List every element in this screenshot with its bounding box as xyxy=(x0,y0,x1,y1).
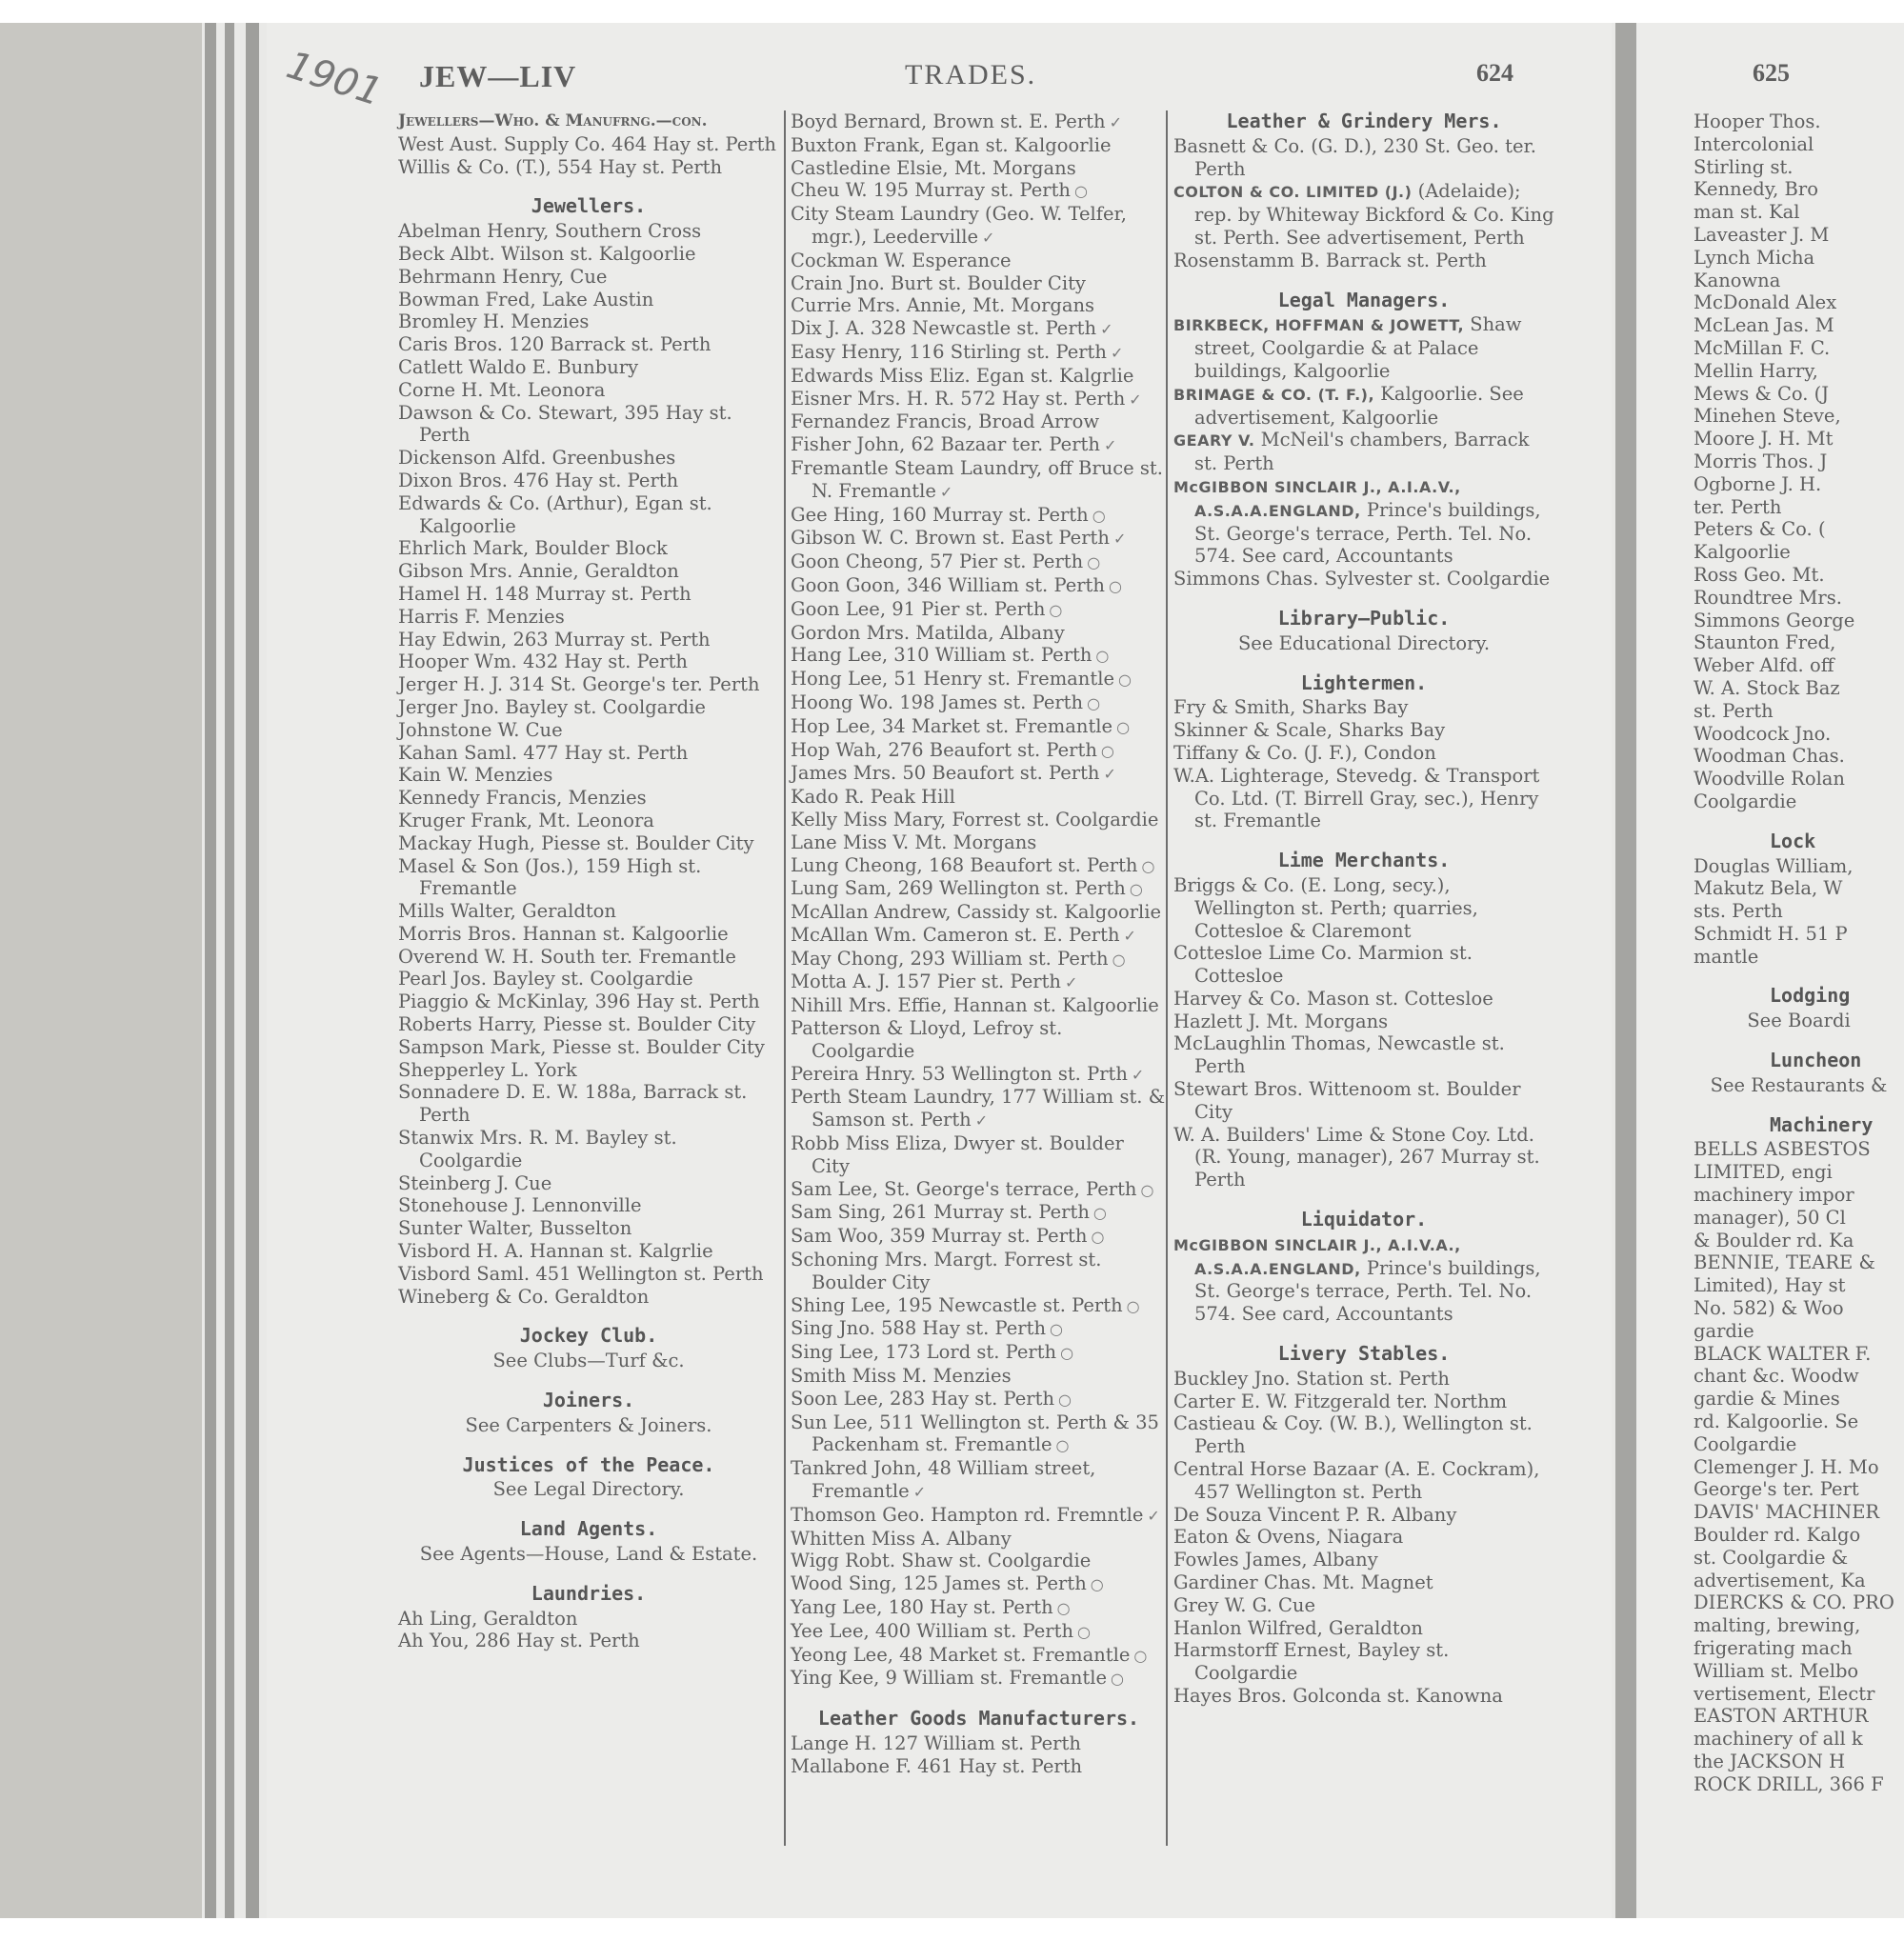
directory-entry: City Steam Laundry (Geo. W. Telfer, mgr.… xyxy=(791,203,1167,250)
directory-entry: Limited), Hay st xyxy=(1694,1274,1904,1297)
directory-entry: Hop Wah, 276 Beaufort st. Perth○ xyxy=(791,739,1167,763)
directory-entry: Skinner & Scale, Sharks Bay xyxy=(1173,719,1554,742)
directory-entry: Hay Edwin, 263 Murray st. Perth xyxy=(398,629,779,651)
entry-caps-name: BRIMAGE & CO. (T. F.), xyxy=(1173,386,1374,404)
directory-entry: Hooper Thos. xyxy=(1694,110,1904,133)
column-3: Leather & Grindery Mers.Basnett & Co. (G… xyxy=(1173,110,1554,1708)
circle-mark-icon: ○ xyxy=(1049,601,1062,619)
section-heading: Library—Public. xyxy=(1173,608,1554,630)
directory-entry: Crain Jno. Burt st. Boulder City xyxy=(791,272,1167,295)
circle-mark-icon: ○ xyxy=(1074,182,1088,200)
directory-entry: Pereira Hnry. 53 Wellington st. Prth✓ xyxy=(791,1063,1167,1087)
directory-entry: Sing Jno. 588 Hay st. Perth○ xyxy=(791,1317,1167,1341)
directory-entry: Moore J. H. Mt xyxy=(1694,428,1904,450)
circle-mark-icon: ○ xyxy=(1077,1623,1091,1641)
bottom-margin xyxy=(0,1918,1904,1941)
directory-entry: malting, brewing, xyxy=(1694,1614,1904,1637)
section-heading: Lock xyxy=(1694,830,1904,853)
section-heading: Lodging xyxy=(1694,985,1904,1008)
directory-entry: Coolgardie xyxy=(1694,1433,1904,1456)
directory-entry: GEARY V. McNeil's chambers, Barrack st. … xyxy=(1173,429,1554,475)
directory-entry: Kanowna xyxy=(1694,270,1904,292)
directory-entry: Fowles James, Albany xyxy=(1173,1549,1554,1571)
directory-entry: Edwards & Co. (Arthur), Egan st. Kalgoor… xyxy=(398,492,779,538)
directory-entry: Hong Lee, 51 Henry st. Fremantle○ xyxy=(791,668,1167,691)
directory-entry: Stirling st. xyxy=(1694,156,1904,179)
directory-entry: Sing Lee, 173 Lord st. Perth○ xyxy=(791,1341,1167,1365)
directory-entry: Goon Cheong, 57 Pier st. Perth○ xyxy=(791,550,1167,574)
directory-entry: Mews & Co. (J xyxy=(1694,383,1904,406)
directory-entry: Whitten Miss A. Albany xyxy=(791,1528,1167,1551)
directory-entry: Stewart Bros. Wittenoom st. Boulder City xyxy=(1173,1078,1554,1124)
directory-entry: Goon Lee, 91 Pier st. Perth○ xyxy=(791,598,1167,622)
directory-entry: McAllan Wm. Cameron st. E. Perth✓ xyxy=(791,924,1167,948)
directory-entry: West Aust. Supply Co. 464 Hay st. Perth xyxy=(398,133,779,156)
directory-entry: Ross Geo. Mt. xyxy=(1694,564,1904,587)
directory-entry: Central Horse Bazaar (A. E. Cockram), 45… xyxy=(1173,1458,1554,1504)
directory-entry: Gordon Mrs. Matilda, Albany xyxy=(791,622,1167,645)
directory-entry: BLACK WALTER F. xyxy=(1694,1343,1904,1366)
directory-entry: Makutz Bela, W xyxy=(1694,877,1904,900)
entry-caps-name: McGIBBON SINCLAIR J., A.I.V.A., A.S.A.A.… xyxy=(1173,1236,1461,1278)
column-4-partial: Hooper Thos.IntercolonialStirling st.Ken… xyxy=(1694,110,1904,1796)
directory-entry: Visbord H. A. Hannan st. Kalgrlie xyxy=(398,1240,779,1263)
directory-entry: Caris Bros. 120 Barrack st. Perth xyxy=(398,333,779,356)
directory-entry: Sun Lee, 511 Wellington st. Perth & 35 P… xyxy=(791,1411,1167,1458)
checkmark-icon: ✓ xyxy=(1147,1507,1159,1525)
checkmark-icon: ✓ xyxy=(1129,390,1141,409)
directory-entry: W. A. Stock Baz xyxy=(1694,677,1904,700)
circle-mark-icon: ○ xyxy=(1111,1670,1124,1688)
cross-reference: See Agents—House, Land & Estate. xyxy=(398,1543,779,1566)
directory-entry: Corne H. Mt. Leonora xyxy=(398,379,779,402)
directory-entry: st. Coolgardie & xyxy=(1694,1547,1904,1570)
directory-entry: Johnstone W. Cue xyxy=(398,719,779,742)
section-heading: Luncheon xyxy=(1694,1050,1904,1072)
circle-mark-icon: ○ xyxy=(1092,507,1106,525)
directory-entry: Pearl Jos. Bayley st. Coolgardie xyxy=(398,968,779,991)
circle-mark-icon: ○ xyxy=(1087,694,1100,712)
circle-mark-icon: ○ xyxy=(1091,1228,1104,1246)
section-heading: Lightermen. xyxy=(1173,672,1554,695)
directory-entry: Dickenson Alfd. Greenbushes xyxy=(398,447,779,470)
directory-entry: W. A. Builders' Lime & Stone Coy. Ltd. (… xyxy=(1173,1124,1554,1191)
directory-entry: Schmidt H. 51 P xyxy=(1694,923,1904,946)
entry-caps-name: GEARY V. xyxy=(1173,431,1254,450)
directory-entry: Lane Miss V. Mt. Morgans xyxy=(791,831,1167,854)
directory-entry: advertisement, Ka xyxy=(1694,1570,1904,1592)
circle-mark-icon: ○ xyxy=(1127,1297,1140,1315)
running-header-left: JEW—LIV xyxy=(419,59,576,94)
directory-entry: Ah Ling, Geraldton xyxy=(398,1608,779,1631)
directory-entry: Jerger Jno. Bayley st. Coolgardie xyxy=(398,696,779,719)
directory-entry: Grey W. G. Cue xyxy=(1173,1594,1554,1617)
directory-entry: Basnett & Co. (G. D.), 230 St. Geo. ter.… xyxy=(1173,135,1554,181)
directory-entry: Shing Lee, 195 Newcastle st. Perth○ xyxy=(791,1294,1167,1318)
directory-entry: Wigg Robt. Shaw st. Coolgardie xyxy=(791,1550,1167,1572)
circle-mark-icon: ○ xyxy=(1091,1575,1104,1593)
directory-entry: Cheu W. 195 Murray st. Perth○ xyxy=(791,179,1167,203)
circle-mark-icon: ○ xyxy=(1050,1320,1063,1338)
directory-entry: McGIBBON SINCLAIR J., A.I.V.A., A.S.A.A.… xyxy=(1173,1233,1554,1326)
directory-entry: Intercolonial xyxy=(1694,133,1904,156)
circle-mark-icon: ○ xyxy=(1057,1599,1071,1617)
checkmark-icon: ✓ xyxy=(1113,530,1126,548)
directory-entry: Sunter Walter, Busselton xyxy=(398,1217,779,1240)
directory-entry: Wineberg & Co. Geraldton xyxy=(398,1286,779,1309)
section-heading: Livery Stables. xyxy=(1173,1343,1554,1366)
directory-entry: EASTON ARTHUR xyxy=(1694,1705,1904,1728)
directory-entry: Briggs & Co. (E. Long, secy.), Wellingto… xyxy=(1173,874,1554,942)
directory-entry: Peters & Co. ( xyxy=(1694,518,1904,541)
directory-entry: Nihill Mrs. Effie, Hannan st. Kalgoorlie xyxy=(791,994,1167,1017)
continuation-heading: Jewellers—Who. & Manufrng.—con. xyxy=(398,110,779,133)
directory-entry: Stanwix Mrs. R. M. Bayley st. Coolgardie xyxy=(398,1127,779,1172)
directory-entry: Mackay Hugh, Piesse st. Boulder City xyxy=(398,832,779,855)
directory-entry: Cockman W. Esperance xyxy=(791,250,1167,272)
directory-entry: Bromley H. Menzies xyxy=(398,310,779,333)
circle-mark-icon: ○ xyxy=(1140,1181,1153,1199)
directory-entry: gardie & Mines xyxy=(1694,1388,1904,1411)
directory-entry: mantle xyxy=(1694,946,1904,969)
directory-entry: Lange H. 127 William st. Perth xyxy=(791,1732,1167,1755)
directory-entry: Catlett Waldo E. Bunbury xyxy=(398,356,779,379)
circle-mark-icon: ○ xyxy=(1058,1391,1072,1409)
directory-entry: Eisner Mrs. H. R. 572 Hay st. Perth✓ xyxy=(791,388,1167,411)
directory-entry: Buckley Jno. Station st. Perth xyxy=(1173,1368,1554,1391)
directory-entry: machinery of all k xyxy=(1694,1728,1904,1751)
page-number-right: 625 xyxy=(1753,59,1790,88)
directory-entry: Schoning Mrs. Margt. Forrest st. Boulder… xyxy=(791,1249,1167,1294)
circle-mark-icon: ○ xyxy=(1056,1436,1070,1454)
directory-entry: the JACKSON H xyxy=(1694,1751,1904,1773)
circle-mark-icon: ○ xyxy=(1109,577,1122,595)
directory-entry: Dawson & Co. Stewart, 395 Hay st. Perth xyxy=(398,402,779,448)
checkmark-icon: ✓ xyxy=(982,229,994,247)
directory-entry: gardie xyxy=(1694,1320,1904,1343)
cross-reference: See Clubs—Turf &c. xyxy=(398,1350,779,1372)
directory-entry: Behrmann Henry, Cue xyxy=(398,266,779,289)
directory-entry: Overend W. H. South ter. Fremantle xyxy=(398,946,779,969)
directory-entry: ROCK DRILL, 366 F xyxy=(1694,1773,1904,1796)
directory-entry: Sam Sing, 261 Murray st. Perth○ xyxy=(791,1201,1167,1225)
directory-entry: Yee Lee, 400 William st. Perth○ xyxy=(791,1620,1167,1644)
directory-entry: Perth Steam Laundry, 177 William st. & S… xyxy=(791,1086,1167,1132)
directory-entry: Kennedy, Bro xyxy=(1694,178,1904,201)
directory-entry: Weber Alfd. off xyxy=(1694,654,1904,677)
checkmark-icon: ✓ xyxy=(1111,344,1123,362)
directory-entry: Boyd Bernard, Brown st. E. Perth✓ xyxy=(791,110,1167,134)
directory-entry: Hazlett J. Mt. Morgans xyxy=(1173,1011,1554,1033)
directory-entry: Mills Walter, Geraldton xyxy=(398,900,779,923)
directory-entry: BIRKBECK, HOFFMAN & JOWETT, Shaw street,… xyxy=(1173,313,1554,382)
directory-entry: Ah You, 286 Hay st. Perth xyxy=(398,1630,779,1652)
directory-entry: DAVIS' MACHINER xyxy=(1694,1501,1904,1524)
directory-entry: Yang Lee, 180 Hay st. Perth○ xyxy=(791,1596,1167,1620)
directory-entry: Harvey & Co. Mason st. Cottesloe xyxy=(1173,988,1554,1011)
directory-entry: Fremantle Steam Laundry, off Bruce st. N… xyxy=(791,457,1167,504)
directory-entry: Buxton Frank, Egan st. Kalgoorlie xyxy=(791,134,1167,157)
directory-entry: & Boulder rd. Ka xyxy=(1694,1230,1904,1252)
section-heading: Jewellers. xyxy=(398,195,779,218)
directory-entry: Simmons George xyxy=(1694,610,1904,632)
section-heading: Joiners. xyxy=(398,1390,779,1412)
checkmark-icon: ✓ xyxy=(1104,765,1116,783)
section-heading: Leather Goods Manufacturers. xyxy=(791,1708,1167,1731)
directory-entry: Jerger H. J. 314 St. George's ter. Perth xyxy=(398,673,779,696)
column-2: Boyd Bernard, Brown st. E. Perth✓Buxton … xyxy=(791,110,1167,1778)
directory-entry: Lung Cheong, 168 Beaufort st. Perth○ xyxy=(791,854,1167,878)
directory-entry: Motta A. J. 157 Pier st. Perth✓ xyxy=(791,970,1167,994)
directory-entry: Harris F. Menzies xyxy=(398,606,779,629)
cross-reference: See Restaurants & xyxy=(1694,1074,1904,1097)
directory-entry: Dixon Bros. 476 Hay st. Perth xyxy=(398,470,779,492)
circle-mark-icon: ○ xyxy=(1112,950,1126,969)
directory-entry: Kado R. Peak Hill xyxy=(791,786,1167,809)
directory-entry: Sam Lee, St. George's terrace, Perth○ xyxy=(791,1178,1167,1202)
directory-entry: May Chong, 293 William st. Perth○ xyxy=(791,948,1167,971)
directory-entry: Fisher John, 62 Bazaar ter. Perth✓ xyxy=(791,433,1167,457)
directory-entry: Hamel H. 148 Murray st. Perth xyxy=(398,583,779,606)
directory-entry: Thomson Geo. Hampton rd. Fremntle✓ xyxy=(791,1504,1167,1528)
spine-stripe xyxy=(246,23,259,1918)
checkmark-icon: ✓ xyxy=(940,483,952,501)
directory-entry: Fernandez Francis, Broad Arrow xyxy=(791,410,1167,433)
directory-entry: Minehen Steve, xyxy=(1694,405,1904,428)
checkmark-icon: ✓ xyxy=(1100,320,1112,338)
directory-entry: Kennedy Francis, Menzies xyxy=(398,787,779,810)
directory-entry: Beck Albt. Wilson st. Kalgoorlie xyxy=(398,243,779,266)
directory-entry: Shepperley L. York xyxy=(398,1059,779,1082)
directory-entry: chant &c. Woodw xyxy=(1694,1365,1904,1388)
directory-entry: Masel & Son (Jos.), 159 High st. Fremant… xyxy=(398,855,779,901)
directory-entry: Robb Miss Eliza, Dwyer st. Boulder City xyxy=(791,1132,1167,1178)
checkmark-icon: ✓ xyxy=(1110,113,1122,131)
cross-reference: See Boardi xyxy=(1694,1010,1904,1032)
directory-entry: Hooper Wm. 432 Hay st. Perth xyxy=(398,650,779,673)
directory-entry: st. Perth xyxy=(1694,700,1904,723)
directory-entry: Yeong Lee, 48 Market st. Fremantle○ xyxy=(791,1644,1167,1668)
directory-entry: Woodville Rolan xyxy=(1694,768,1904,790)
directory-entry: LIMITED, engi xyxy=(1694,1161,1904,1184)
directory-entry: Woodman Chas. xyxy=(1694,745,1904,768)
directory-entry: Tiffany & Co. (J. F.), Condon xyxy=(1173,742,1554,765)
circle-mark-icon: ○ xyxy=(1116,718,1130,736)
directory-entry: Lung Sam, 269 Wellington st. Perth○ xyxy=(791,877,1167,901)
directory-entry: Goon Goon, 346 William st. Perth○ xyxy=(791,574,1167,598)
directory-entry: manager), 50 Cl xyxy=(1694,1207,1904,1230)
directory-entry: Harmstorff Ernest, Bayley st. Coolgardie xyxy=(1173,1639,1554,1685)
directory-entry: Stonehouse J. Lennonville xyxy=(398,1194,779,1217)
directory-entry: Coolgardie xyxy=(1694,790,1904,813)
section-heading: Justices of the Peace. xyxy=(398,1454,779,1477)
section-heading: Legal Managers. xyxy=(1173,290,1554,312)
directory-entry: Kalgoorlie xyxy=(1694,541,1904,564)
circle-mark-icon: ○ xyxy=(1118,670,1132,689)
directory-entry: George's ter. Pert xyxy=(1694,1478,1904,1501)
cross-reference: See Legal Directory. xyxy=(398,1478,779,1501)
entry-caps-name: BIRKBECK, HOFFMAN & JOWETT, xyxy=(1173,316,1464,334)
checkmark-icon: ✓ xyxy=(1065,973,1077,991)
directory-entry: Sampson Mark, Piesse st. Boulder City xyxy=(398,1036,779,1059)
checkmark-icon: ✓ xyxy=(1104,436,1116,454)
directory-entry: sts. Perth xyxy=(1694,900,1904,923)
directory-entry: McLaughlin Thomas, Newcastle st. Perth xyxy=(1173,1032,1554,1078)
directory-entry: Kruger Frank, Mt. Leonora xyxy=(398,810,779,832)
directory-entry: McLean Jas. M xyxy=(1694,314,1904,337)
directory-entry: Kelly Miss Mary, Forrest st. Coolgardie xyxy=(791,809,1167,831)
directory-entry: Rosenstamm B. Barrack st. Perth xyxy=(1173,250,1554,272)
directory-entry: Easy Henry, 116 Stirling st. Perth✓ xyxy=(791,341,1167,365)
directory-entry: Dix J. A. 328 Newcastle st. Perth✓ xyxy=(791,317,1167,341)
directory-entry: Mellin Harry, xyxy=(1694,360,1904,383)
directory-entry: Piaggio & McKinlay, 396 Hay st. Perth xyxy=(398,991,779,1013)
directory-entry: Gibson W. C. Brown st. East Perth✓ xyxy=(791,527,1167,550)
directory-entry: ter. Perth xyxy=(1694,496,1904,519)
directory-entry: Laveaster J. M xyxy=(1694,224,1904,247)
section-heading: Land Agents. xyxy=(398,1518,779,1541)
spine-stripe xyxy=(225,23,234,1918)
directory-entry: Currie Mrs. Annie, Mt. Morgans xyxy=(791,294,1167,317)
directory-entry: Smith Miss M. Menzies xyxy=(791,1365,1167,1388)
page-gutter xyxy=(1615,23,1636,1918)
section-heading: Jockey Club. xyxy=(398,1325,779,1348)
page-number-left: 624 xyxy=(1476,59,1513,88)
directory-entry: rd. Kalgoorlie. Se xyxy=(1694,1411,1904,1433)
directory-entry: De Souza Vincent P. R. Albany xyxy=(1173,1504,1554,1527)
directory-entry: Hop Lee, 34 Market st. Fremantle○ xyxy=(791,715,1167,739)
directory-entry: Clemenger J. H. Mo xyxy=(1694,1456,1904,1479)
directory-entry: Hoong Wo. 198 James st. Perth○ xyxy=(791,691,1167,715)
directory-entry: Sonnadere D. E. W. 188a, Barrack st. Per… xyxy=(398,1081,779,1127)
directory-entry: Gardiner Chas. Mt. Magnet xyxy=(1173,1571,1554,1594)
directory-entry: Castledine Elsie, Mt. Morgans xyxy=(791,157,1167,180)
circle-mark-icon: ○ xyxy=(1095,647,1109,665)
section-heading: Laundries. xyxy=(398,1583,779,1606)
circle-mark-icon: ○ xyxy=(1101,742,1114,760)
column-divider xyxy=(784,110,786,1846)
directory-entry: Roundtree Mrs. xyxy=(1694,587,1904,610)
section-heading: Machinery xyxy=(1694,1114,1904,1137)
directory-entry: Tankred John, 48 William street, Fremant… xyxy=(791,1457,1167,1504)
directory-entry: Visbord Saml. 451 Wellington st. Perth xyxy=(398,1263,779,1286)
circle-mark-icon: ○ xyxy=(1133,1647,1147,1665)
circle-mark-icon: ○ xyxy=(1093,1204,1107,1222)
directory-entry: McDonald Alex xyxy=(1694,291,1904,314)
directory-entry: Steinberg J. Cue xyxy=(398,1172,779,1195)
checkmark-icon: ✓ xyxy=(913,1483,926,1501)
directory-entry: Hanlon Wilfred, Geraldton xyxy=(1173,1617,1554,1640)
directory-entry: Kain W. Menzies xyxy=(398,764,779,787)
spine-stripe xyxy=(205,23,216,1918)
cross-reference: See Carpenters & Joiners. xyxy=(398,1414,779,1437)
checkmark-icon: ✓ xyxy=(1124,927,1136,945)
directory-entry: James Mrs. 50 Beaufort st. Perth✓ xyxy=(791,762,1167,786)
section-heading: Lime Merchants. xyxy=(1173,850,1554,872)
directory-entry: Wood Sing, 125 James st. Perth○ xyxy=(791,1572,1167,1596)
section-heading: Liquidator. xyxy=(1173,1209,1554,1231)
cross-reference: See Educational Directory. xyxy=(1173,632,1554,655)
directory-entry: Sam Woo, 359 Murray st. Perth○ xyxy=(791,1225,1167,1249)
section-heading: Leather & Grindery Mers. xyxy=(1173,110,1554,133)
running-header-center: TRADES. xyxy=(905,59,1036,91)
directory-entry: machinery impor xyxy=(1694,1184,1904,1207)
directory-entry: Morris Bros. Hannan st. Kalgoorlie xyxy=(398,923,779,946)
directory-entry: Roberts Harry, Piesse st. Boulder City xyxy=(398,1013,779,1036)
directory-entry: BRIMAGE & CO. (T. F.), Kalgoorlie. See a… xyxy=(1173,383,1554,430)
directory-entry: No. 582) & Woo xyxy=(1694,1297,1904,1320)
directory-entry: Hang Lee, 310 William st. Perth○ xyxy=(791,644,1167,668)
directory-entry: McAllan Andrew, Cassidy st. Kalgoorlie xyxy=(791,901,1167,924)
directory-entry: frigerating mach xyxy=(1694,1637,1904,1660)
directory-entry: Douglas William, xyxy=(1694,855,1904,878)
directory-entry: Lynch Micha xyxy=(1694,247,1904,270)
directory-entry: Fry & Smith, Sharks Bay xyxy=(1173,696,1554,719)
directory-entry: William st. Melbo xyxy=(1694,1660,1904,1683)
directory-entry: Abelman Henry, Southern Cross xyxy=(398,220,779,243)
directory-entry: Edwards Miss Eliz. Egan st. Kalgrlie xyxy=(791,365,1167,388)
directory-entry: DIERCKS & CO. PRO xyxy=(1694,1591,1904,1614)
circle-mark-icon: ○ xyxy=(1130,880,1143,898)
directory-entry: McMillan F. C. xyxy=(1694,337,1904,360)
directory-entry: Gee Hing, 160 Murray st. Perth○ xyxy=(791,504,1167,528)
directory-entry: Bowman Fred, Lake Austin xyxy=(398,289,779,311)
directory-entry: Ehrlich Mark, Boulder Block xyxy=(398,537,779,560)
directory-entry: vertisement, Electr xyxy=(1694,1683,1904,1706)
directory-entry: W.A. Lighterage, Stevedg. & Transport Co… xyxy=(1173,765,1554,832)
circle-mark-icon: ○ xyxy=(1141,857,1154,875)
directory-entry: COLTON & CO. LIMITED (J.) (Adelaide); re… xyxy=(1173,180,1554,249)
directory-entry: Woodcock Jno. xyxy=(1694,723,1904,746)
directory-entry: Simmons Chas. Sylvester st. Coolgardie xyxy=(1173,568,1554,590)
column-1: Jewellers—Who. & Manufrng.—con.West Aust… xyxy=(398,110,779,1652)
directory-entry: Willis & Co. (T.), 554 Hay st. Perth xyxy=(398,156,779,179)
book-spine xyxy=(0,23,202,1918)
circle-mark-icon: ○ xyxy=(1060,1344,1073,1362)
directory-entry: BELLS ASBESTOS xyxy=(1694,1138,1904,1161)
checkmark-icon: ✓ xyxy=(975,1111,988,1130)
checkmark-icon: ✓ xyxy=(1132,1066,1144,1084)
circle-mark-icon: ○ xyxy=(1087,553,1100,571)
directory-entry: McGIBBON SINCLAIR J., A.I.A.V., A.S.A.A.… xyxy=(1173,475,1554,568)
entry-caps-name: McGIBBON SINCLAIR J., A.I.A.V., A.S.A.A.… xyxy=(1173,478,1461,520)
directory-entry: Soon Lee, 283 Hay st. Perth○ xyxy=(791,1388,1167,1411)
directory-entry: man st. Kal xyxy=(1694,201,1904,224)
directory-entry: Boulder rd. Kalgo xyxy=(1694,1524,1904,1547)
directory-entry: Carter E. W. Fitzgerald ter. Northm xyxy=(1173,1391,1554,1413)
directory-entry: Ogborne J. H. xyxy=(1694,473,1904,496)
directory-entry: Hayes Bros. Golconda st. Kanowna xyxy=(1173,1685,1554,1708)
directory-entry: Cottesloe Lime Co. Marmion st. Cottesloe xyxy=(1173,942,1554,988)
directory-entry: Morris Thos. J xyxy=(1694,450,1904,473)
directory-entry: BENNIE, TEARE & xyxy=(1694,1251,1904,1274)
directory-entry: Kahan Saml. 477 Hay st. Perth xyxy=(398,742,779,765)
directory-entry: Ying Kee, 9 William st. Fremantle○ xyxy=(791,1667,1167,1691)
directory-entry: Gibson Mrs. Annie, Geraldton xyxy=(398,560,779,583)
directory-entry: Castieau & Coy. (W. B.), Wellington st. … xyxy=(1173,1412,1554,1458)
directory-entry: Patterson & Lloyd, Lefroy st. Coolgardie xyxy=(791,1017,1167,1063)
directory-entry: Mallabone F. 461 Hay st. Perth xyxy=(791,1755,1167,1778)
entry-caps-name: COLTON & CO. LIMITED (J.) xyxy=(1173,183,1412,201)
directory-entry: Eaton & Ovens, Niagara xyxy=(1173,1526,1554,1549)
directory-entry: Staunton Fred, xyxy=(1694,631,1904,654)
